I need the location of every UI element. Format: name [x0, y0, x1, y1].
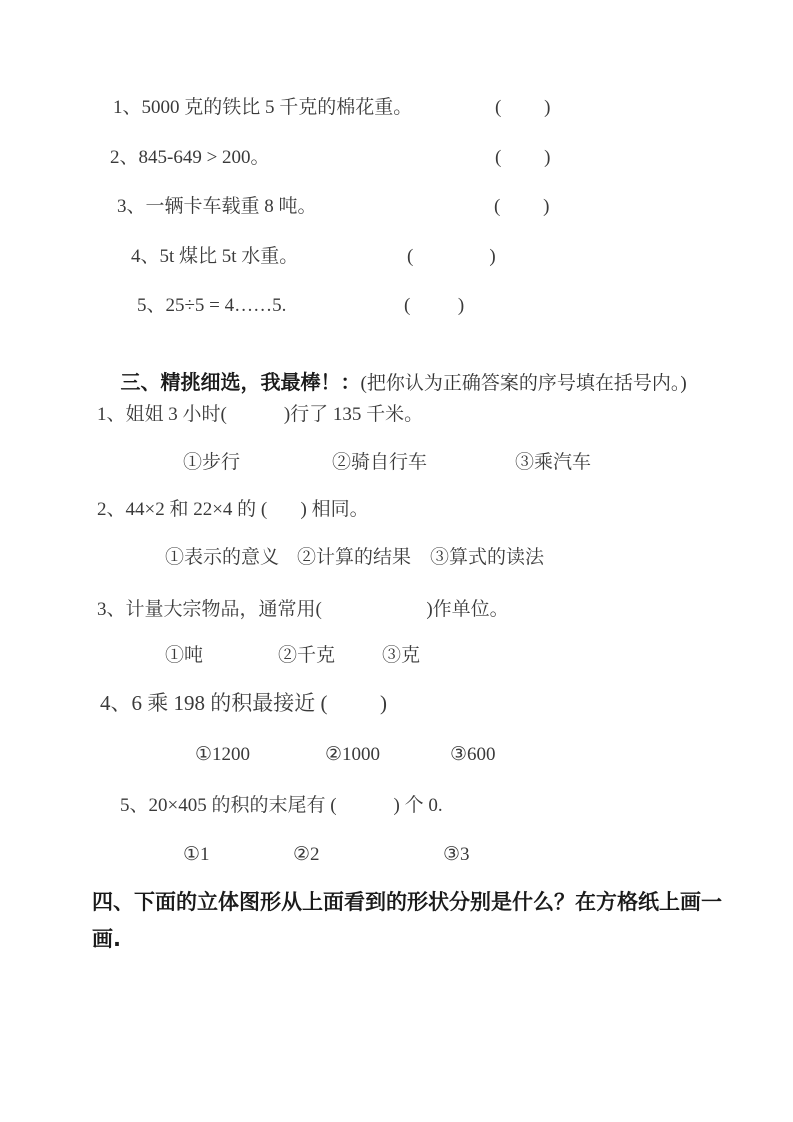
- true-false-item: 1、5000 克的铁比 5 千克的棉花重。 ( ): [0, 95, 793, 127]
- option-2: ②骑自行车: [332, 450, 427, 476]
- choice-options: ①吨 ②千克 ③克: [0, 643, 793, 675]
- question-text: 1、5000 克的铁比 5 千克的棉花重。: [113, 95, 412, 121]
- question-text: 5、20×405 的积的末尾有 ( ) 个 0.: [120, 793, 443, 819]
- option-2: ②2: [293, 842, 320, 868]
- true-false-item: 2、845-649 > 200。 ( ): [0, 145, 793, 177]
- true-false-item: 4、5t 煤比 5t 水重。 ( ): [0, 244, 793, 276]
- question-text: 1、姐姐 3 小时( )行了 135 千米。: [97, 402, 423, 428]
- option-3: ③乘汽车: [515, 450, 591, 476]
- question-text: 4、5t 煤比 5t 水重。: [131, 244, 298, 270]
- choice-question: 1、姐姐 3 小时( )行了 135 千米。: [0, 402, 793, 434]
- choice-options: ①1 ②2 ③3: [0, 842, 793, 874]
- option-1: ①1: [183, 842, 210, 868]
- option-3: ③算式的读法: [430, 545, 544, 571]
- question-text: 2、44×2 和 22×4 的 ( ) 相同。: [97, 497, 369, 523]
- option-3: ③3: [443, 842, 470, 868]
- true-false-item: 3、一辆卡车载重 8 吨。 ( ): [0, 194, 793, 226]
- question-text: 4、6 乘 198 的积最接近 ( ): [100, 690, 387, 716]
- option-2: ②千克: [278, 643, 335, 669]
- option-1: ①吨: [165, 643, 203, 669]
- true-false-item: 5、25÷5 = 4……5. ( ): [0, 293, 793, 325]
- section-four-title: 四、下面的立体图形从上面看到的形状分别是什么？在方格纸上画一画.: [92, 884, 734, 958]
- question-text: 3、一辆卡车载重 8 吨。: [117, 194, 317, 220]
- option-3: ③克: [382, 643, 420, 669]
- section-three-header: 三、精挑细选，我最棒！：(把你认为正确答案的序号填在括号内。): [0, 343, 793, 375]
- question-text: 5、25÷5 = 4……5.: [137, 293, 286, 319]
- answer-brackets: ( ): [495, 95, 550, 121]
- choice-question: 4、6 乘 198 的积最接近 ( ): [0, 690, 793, 722]
- option-3: ③600: [450, 742, 496, 768]
- option-1: ①步行: [183, 450, 240, 476]
- answer-brackets: ( ): [494, 194, 549, 220]
- choice-options: ①表示的意义 ②计算的结果 ③算式的读法: [0, 545, 793, 577]
- answer-brackets: ( ): [407, 244, 496, 270]
- option-1: ①1200: [195, 742, 250, 768]
- answer-brackets: ( ): [495, 145, 550, 171]
- answer-brackets: ( ): [404, 293, 464, 319]
- option-2: ②计算的结果: [297, 545, 411, 571]
- choice-options: ①1200 ②1000 ③600: [0, 742, 793, 774]
- choice-question: 2、44×2 和 22×4 的 ( ) 相同。: [0, 497, 793, 529]
- choice-question: 3、计量大宗物品，通常用( )作单位。: [0, 597, 793, 629]
- section-three-title: 三、精挑细选，我最棒！：: [121, 370, 361, 394]
- question-text: 2、845-649 > 200。: [110, 145, 270, 171]
- section-three-note: (把你认为正确答案的序号填在括号内。): [361, 373, 687, 394]
- choice-options: ①步行 ②骑自行车 ③乘汽车: [0, 450, 793, 482]
- question-text: 3、计量大宗物品，通常用( )作单位。: [97, 597, 509, 623]
- option-1: ①表示的意义: [165, 545, 279, 571]
- option-2: ②1000: [325, 742, 380, 768]
- worksheet-page: 1、5000 克的铁比 5 千克的棉花重。 ( ) 2、845-649 > 20…: [0, 0, 793, 1122]
- choice-question: 5、20×405 的积的末尾有 ( ) 个 0.: [0, 793, 793, 825]
